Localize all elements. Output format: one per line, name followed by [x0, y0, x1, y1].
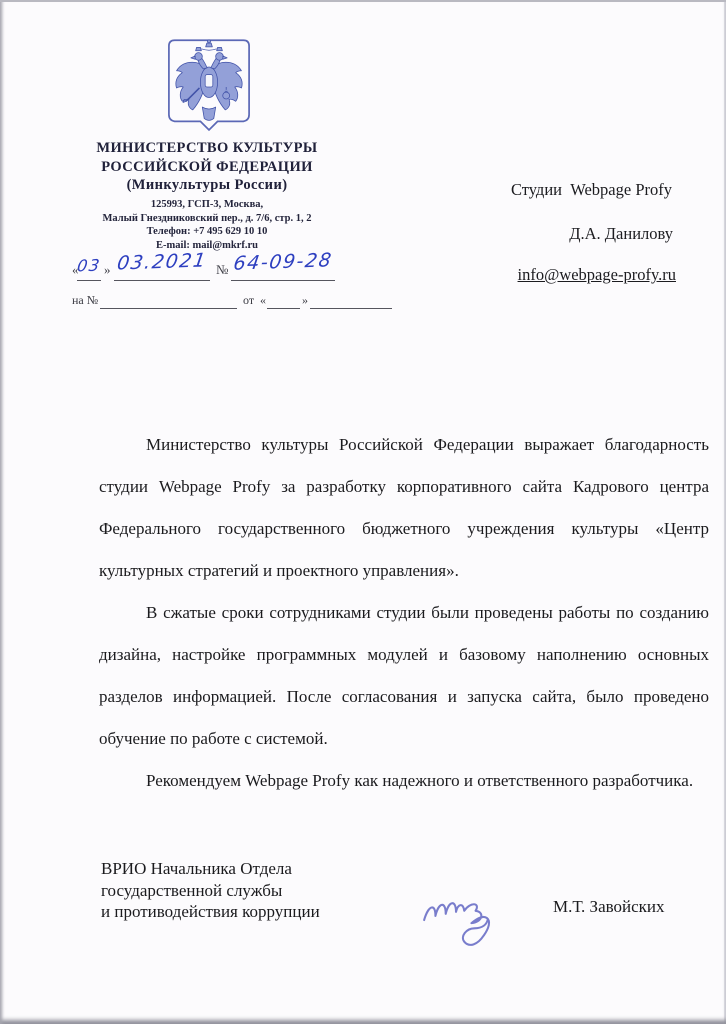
- handwritten-number: 64-09-28: [229, 249, 337, 275]
- signoff-position-line-2: государственной службы: [101, 880, 320, 902]
- signoff-position-line-3: и противодействия коррупции: [101, 901, 320, 923]
- reply-label: на №: [72, 293, 98, 308]
- reply-from-label: от: [243, 293, 254, 308]
- address-line-3: Телефон: +7 495 629 10 10: [27, 225, 387, 239]
- recipient-org: Студии Webpage Profy: [511, 180, 672, 200]
- recipient-email: info@webpage-profy.ru: [518, 265, 676, 285]
- coat-of-arms-icon: [167, 37, 251, 137]
- handwritten-signature: [420, 876, 528, 960]
- ministry-name-line-1: МИНИСТЕРСТВО КУЛЬТУРЫ: [27, 139, 387, 158]
- number-blank-line: [231, 279, 335, 281]
- scanned-letter-page: МИНИСТЕРСТВО КУЛЬТУРЫ РОССИЙСКОЙ ФЕДЕРАЦ…: [0, 0, 726, 1024]
- reply-date-blank: [310, 307, 392, 309]
- ministry-name: МИНИСТЕРСТВО КУЛЬТУРЫ РОССИЙСКОЙ ФЕДЕРАЦ…: [27, 139, 387, 195]
- number-sign: №: [216, 262, 228, 278]
- date-blank-line: [114, 279, 210, 281]
- handwritten-day: 03: [75, 256, 104, 276]
- date-close-quote: »: [104, 262, 111, 278]
- day-blank-line: [77, 279, 101, 281]
- letter-body: Министерство культуры Российской Федерац…: [99, 424, 709, 802]
- reply-number-blank: [100, 307, 237, 309]
- reply-day-blank: [267, 307, 300, 309]
- signoff-position: ВРИО Начальника Отдела государственной с…: [101, 858, 320, 923]
- reply-from-open-quote: «: [260, 293, 266, 308]
- body-paragraph-1: Министерство культуры Российской Федерац…: [99, 424, 709, 592]
- address-line-1: 125993, ГСП-3, Москва,: [27, 198, 387, 212]
- ministry-name-line-2: РОССИЙСКОЙ ФЕДЕРАЦИИ: [27, 158, 387, 177]
- ministry-name-line-3: (Минкультуры России): [27, 176, 387, 195]
- recipient-person: Д.А. Данилову: [569, 224, 673, 244]
- reply-from-close-quote: »: [302, 293, 308, 308]
- address-line-2: Малый Гнездниковский пер., д. 7/6, стр. …: [27, 212, 387, 226]
- body-paragraph-2: В сжатые сроки сотрудниками студии были …: [99, 592, 709, 760]
- body-paragraph-3: Рекомендуем Webpage Profy как надежного …: [99, 760, 709, 802]
- signoff-position-line-1: ВРИО Начальника Отдела: [101, 858, 320, 880]
- letterhead-address: 125993, ГСП-3, Москва, Малый Гнездниковс…: [27, 198, 387, 252]
- handwritten-month-year: 03.2021: [112, 249, 212, 274]
- signoff-name: М.Т. Завойских: [553, 897, 665, 917]
